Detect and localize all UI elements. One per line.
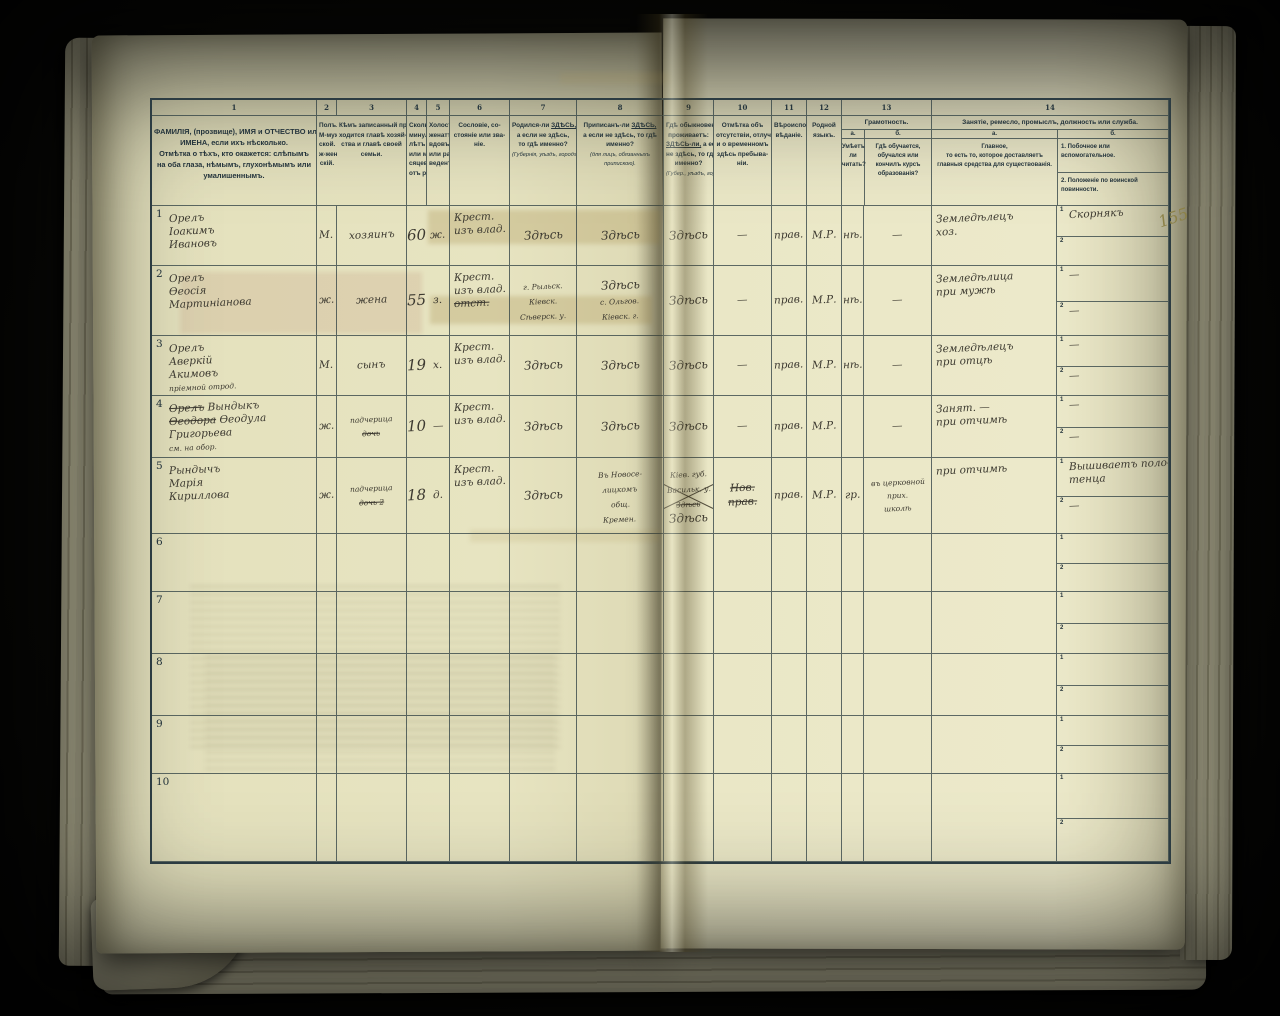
entry-row-10-born [510, 774, 577, 862]
column-header-c2: Полъ.М-муж-ской.ж-жен-скій. [317, 116, 337, 206]
entry-row-5-absence: Нов.прав. [714, 458, 772, 534]
c13-sub-label-a: а. [842, 130, 864, 139]
c13-sub-text-b: Гдѣ обучается,обучался иликончилъ курсъо… [865, 139, 931, 205]
column-number-8: 8 [577, 100, 664, 116]
entry-row-3-marital: х. [427, 336, 450, 396]
entry-row-4-marital: — [427, 396, 450, 458]
entry-row-10-language [807, 774, 842, 862]
printed-sub-number-1: 1 [1060, 459, 1063, 467]
column-number-6: 6 [450, 100, 510, 116]
side-occupation-half-2: 2— [1057, 496, 1168, 534]
entry-row-10-absence [714, 774, 772, 862]
entry-row-5-occupation_main: при отчимѣ [932, 458, 1057, 534]
entry-row-6-estate [450, 534, 510, 592]
column-header-c9: Гдѣ обыкновеннопроживаетъ:ЗДѢСЬ-ли, а ес… [664, 116, 714, 206]
column-number-10: 10 [714, 100, 772, 116]
row-number-8: 8 [156, 656, 163, 669]
entry-row-7-occupation_main [932, 592, 1057, 654]
entry-row-3-registered: Здѣсь [577, 336, 664, 396]
entry-row-4-sex: ж. [317, 396, 337, 458]
column-number-11: 11 [772, 100, 807, 116]
entry-row-7-registered [577, 592, 664, 654]
entry-row-5-resides: Кіев. губ.Васильк. у.ЗдѣсьЗдѣсь [664, 458, 714, 534]
entry-row-2-born: г. Рыльск.Кіевск.Сѣверск. у. [510, 266, 577, 336]
column-number-3: 3 [337, 100, 407, 116]
column-header-c11: Вѣроиспо-вѣданіе. [772, 116, 807, 206]
entry-row-10-name: 10 [152, 774, 317, 862]
entry-row-6-marital [427, 534, 450, 592]
entry-row-7-sex [317, 592, 337, 654]
entry-row-6-sex [317, 534, 337, 592]
entry-row-7-age [407, 592, 427, 654]
entry-row-10-resides [664, 774, 714, 862]
side-occupation-half-2: 2 [1057, 818, 1168, 862]
c14-sub-label-b: б. [1058, 130, 1168, 139]
entry-row-2-religion: прав. [772, 266, 807, 336]
side-occupation-half-2: 2— [1057, 427, 1168, 458]
entry-row-2-occupation-side: 1—2— [1057, 266, 1169, 336]
entry-row-9-relation [337, 716, 407, 774]
printed-sub-number-2: 2 [1060, 303, 1063, 311]
entry-row-10-estate [450, 774, 510, 862]
side-occupation-half-1: 1 [1057, 774, 1168, 818]
entry-row-1-estate: Крест.изъ влад. [450, 206, 510, 266]
entry-row-9-registered [577, 716, 664, 774]
entry-row-2-literacy_school: — [864, 266, 932, 336]
column-header-c14: Занятіе, ремесло, промыслъ, должность ил… [932, 116, 1169, 206]
entry-row-5-name: 5РындычъМаріяКириллова [152, 458, 317, 534]
photo-background: 1234567891011121314ФАМИЛІЯ, (прозвище), … [0, 0, 1280, 1016]
c14-side-item-1: 1. Побочное или вспомогательное. [1058, 139, 1168, 172]
entry-row-7-marital [427, 592, 450, 654]
entry-row-7-resides [664, 592, 714, 654]
entry-row-2-estate: Крест.изъ влад.отст. [450, 266, 510, 336]
entry-row-3-literacy_school: — [864, 336, 932, 396]
entry-row-2-language: М.Р. [807, 266, 842, 336]
entry-row-4-religion: прав. [772, 396, 807, 458]
entry-row-4-resides: Здѣсь [664, 396, 714, 458]
entry-row-4-language: М.Р. [807, 396, 842, 458]
entry-row-7-absence [714, 592, 772, 654]
entry-row-5-sex: ж. [317, 458, 337, 534]
row-number-7: 7 [156, 594, 163, 607]
printed-sub-number-2: 2 [1060, 238, 1063, 246]
entry-row-8-marital [427, 654, 450, 716]
entry-row-3-sex: М. [317, 336, 337, 396]
printed-sub-number-2: 2 [1060, 820, 1063, 828]
entry-row-9-literacy_read [842, 716, 864, 774]
entry-row-6-name: 6 [152, 534, 317, 592]
entry-row-9-occupation-side: 12 [1057, 716, 1169, 774]
entry-row-9-resides [664, 716, 714, 774]
side-occupation-half-2: 2 [1057, 685, 1168, 716]
printed-sub-number-1: 1 [1060, 337, 1063, 345]
c13-sub-text-a: Умѣетъличитать? [842, 139, 864, 205]
entry-row-5-age: 18 [407, 458, 427, 534]
entry-row-3-occupation_main: Земледѣлецъпри отцѣ [932, 336, 1057, 396]
column-number-1: 1 [152, 100, 317, 116]
column-header-c12: Роднойязыкъ. [807, 116, 842, 206]
entry-row-10-age [407, 774, 427, 862]
printed-sub-number-1: 1 [1060, 267, 1063, 275]
entry-row-8-occupation_main [932, 654, 1057, 716]
entry-row-7-estate [450, 592, 510, 654]
entry-row-7-occupation-side: 12 [1057, 592, 1169, 654]
entry-row-10-registered [577, 774, 664, 862]
entry-row-1-absence: — [714, 206, 772, 266]
printed-sub-number-1: 1 [1060, 397, 1063, 405]
entry-row-5-literacy_read: гр. [842, 458, 864, 534]
entry-row-8-absence [714, 654, 772, 716]
side-occupation-half-1: 1 [1057, 716, 1168, 745]
column-number-12: 12 [807, 100, 842, 116]
entry-row-1-occupation_main: Земледѣлецъхоз. [932, 206, 1057, 266]
entry-row-9-language [807, 716, 842, 774]
printed-sub-number-2: 2 [1060, 565, 1063, 573]
printed-sub-number-2: 2 [1060, 498, 1063, 506]
column-header-c7: Родился-ли ЗДѢСЬ,а если не здѣсь,то гдѣ … [510, 116, 577, 206]
entry-row-2-absence: — [714, 266, 772, 336]
printed-sub-number-2: 2 [1060, 687, 1063, 695]
entry-row-5-religion: прав. [772, 458, 807, 534]
printed-sub-number-2: 2 [1060, 747, 1063, 755]
entry-row-3-language: М.Р. [807, 336, 842, 396]
entry-row-4-registered: Здѣсь [577, 396, 664, 458]
entry-row-1-literacy_school: — [864, 206, 932, 266]
entry-row-9-age [407, 716, 427, 774]
column-header-c3: Кѣмъ записанный при-ходится главѣ хозяй-… [337, 116, 407, 206]
printed-sub-number-1: 1 [1060, 655, 1063, 663]
side-occupation-half-1: 1— [1057, 336, 1168, 366]
printed-sub-number-1: 1 [1060, 535, 1063, 543]
column-header-c8: Приписанъ-ли ЗДѢСЬ,а если не здѣсь, то г… [577, 116, 664, 206]
entry-row-6-religion [772, 534, 807, 592]
entry-row-1-resides: Здѣсь [664, 206, 714, 266]
entry-row-8-literacy_read [842, 654, 864, 716]
entry-row-5-literacy_school: въ церковнойприх.школѣ [864, 458, 932, 534]
c13-sub-label-b: б. [865, 130, 931, 139]
column-header-c10: Отмѣтка объотсутствіи, отлучкѣи о времен… [714, 116, 772, 206]
printed-sub-number-2: 2 [1060, 625, 1063, 633]
side-occupation-half-1: 1— [1057, 396, 1168, 427]
entry-row-8-religion [772, 654, 807, 716]
side-occupation-half-1: 1Вышиваетъ поло-тенца [1057, 458, 1168, 496]
entry-row-1-name: 1ОрелъІоакимъИвановъ [152, 206, 317, 266]
entry-row-2-occupation_main: Земледѣлицапри мужѣ [932, 266, 1057, 336]
column-number-7: 7 [510, 100, 577, 116]
row-number-6: 6 [156, 536, 163, 549]
entry-row-1-registered: Здѣсь [577, 206, 664, 266]
column-number-4: 4 [407, 100, 427, 116]
entry-row-7-literacy_school [864, 592, 932, 654]
entry-row-6-resides [664, 534, 714, 592]
entry-row-10-relation [337, 774, 407, 862]
entry-row-9-marital [427, 716, 450, 774]
column-number-5: 5 [427, 100, 450, 116]
c14-sub-text-a: Главное,то есть то, которое доставляетъг… [932, 139, 1057, 205]
entry-row-10-sex [317, 774, 337, 862]
entry-row-4-relation: падчерицадочь [337, 396, 407, 458]
side-occupation-half-2: 2 [1057, 745, 1168, 774]
printed-sub-number-2: 2 [1060, 429, 1063, 437]
entry-row-9-sex [317, 716, 337, 774]
entry-row-5-marital: д. [427, 458, 450, 534]
entry-row-1-marital: ж. [427, 206, 450, 266]
entry-row-6-language [807, 534, 842, 592]
entry-row-2-literacy_read: нѣ. [842, 266, 864, 336]
entry-row-1-literacy_read: нѣ. [842, 206, 864, 266]
entry-row-3-resides: Здѣсь [664, 336, 714, 396]
entry-row-9-literacy_school [864, 716, 932, 774]
entry-row-9-occupation_main [932, 716, 1057, 774]
entry-row-7-born [510, 592, 577, 654]
side-occupation-half-2: 2 [1057, 623, 1168, 654]
printed-sub-number-1: 1 [1060, 593, 1063, 601]
entry-row-1-relation: хозяинъ [337, 206, 407, 266]
entry-row-1-age: 60 [407, 206, 427, 266]
printed-sub-number-2: 2 [1060, 368, 1063, 376]
entry-row-4-estate: Крест.изъ влад. [450, 396, 510, 458]
row-number-4: 4 [156, 398, 163, 411]
column-header-c4: Сколькоминулолѣтъили мѣ-сяцевъотъ роду. [407, 116, 427, 206]
row-number-10: 10 [156, 776, 169, 789]
entry-row-1-language: М.Р. [807, 206, 842, 266]
side-occupation-half-1: 1Скорнякъ [1057, 206, 1168, 236]
row-number-2: 2 [156, 268, 163, 281]
entry-row-3-age: 19 [407, 336, 427, 396]
entry-row-4-age: 10 [407, 396, 427, 458]
row-number-3: 3 [156, 338, 163, 351]
c14-side-item-2: 2. Положеніе по воинской повинности. [1058, 172, 1168, 206]
entry-row-6-literacy_read [842, 534, 864, 592]
entry-row-6-absence [714, 534, 772, 592]
census-table: 1234567891011121314ФАМИЛІЯ, (прозвище), … [150, 98, 1171, 864]
entry-row-8-resides [664, 654, 714, 716]
entry-row-3-relation: сынъ [337, 336, 407, 396]
entry-row-7-literacy_read [842, 592, 864, 654]
entry-row-9-estate [450, 716, 510, 774]
entry-row-8-registered [577, 654, 664, 716]
entry-row-8-sex [317, 654, 337, 716]
column-number-14: 14 [932, 100, 1169, 116]
c14-sub-label-a: а. [932, 130, 1057, 139]
row-number-9: 9 [156, 718, 163, 731]
printed-sub-number-1: 1 [1060, 207, 1063, 215]
entry-row-9-born [510, 716, 577, 774]
entry-row-9-religion [772, 716, 807, 774]
entry-row-3-estate: Крест.изъ влад. [450, 336, 510, 396]
c14-title: Занятіе, ремесло, промыслъ, должность ил… [932, 116, 1168, 130]
entry-row-6-registered [577, 534, 664, 592]
column-number-9: 9 [664, 100, 714, 116]
column-header-c5: Холостъ,женатъ,вдовъили раз-веденъ. [427, 116, 450, 206]
entry-row-6-relation [337, 534, 407, 592]
entry-row-7-language [807, 592, 842, 654]
entry-row-2-name: 2ОрелъѲеосіяМартиніанова [152, 266, 317, 336]
printed-sub-number-1: 1 [1060, 717, 1063, 725]
entry-row-8-age [407, 654, 427, 716]
side-occupation-half-2: 2 [1057, 236, 1168, 266]
entry-row-8-estate [450, 654, 510, 716]
entry-row-1-religion: прав. [772, 206, 807, 266]
entry-row-6-age [407, 534, 427, 592]
entry-row-8-name: 8 [152, 654, 317, 716]
entry-row-4-literacy_school: — [864, 396, 932, 458]
row-number-1: 1 [156, 208, 163, 221]
entry-row-10-occupation-side: 12 [1057, 774, 1169, 862]
entry-row-5-language: М.Р. [807, 458, 842, 534]
entry-row-6-occupation_main [932, 534, 1057, 592]
entry-row-10-occupation_main [932, 774, 1057, 862]
entry-row-1-sex: М. [317, 206, 337, 266]
side-occupation-half-1: 1 [1057, 592, 1168, 623]
entry-row-4-absence: — [714, 396, 772, 458]
side-occupation-half-1: 1 [1057, 534, 1168, 563]
side-occupation-half-2: 2— [1057, 301, 1168, 336]
entry-row-10-religion [772, 774, 807, 862]
side-occupation-half-2: 2— [1057, 366, 1168, 396]
entry-row-5-born: Здѣсь [510, 458, 577, 534]
entry-row-9-absence [714, 716, 772, 774]
entry-row-4-born: Здѣсь [510, 396, 577, 458]
entry-row-3-name: 3ОрелъАверкійАкимовъпріемной отрод. [152, 336, 317, 396]
entry-row-7-relation [337, 592, 407, 654]
printed-sub-number-1: 1 [1060, 775, 1063, 783]
entry-row-10-marital [427, 774, 450, 862]
entry-row-8-born [510, 654, 577, 716]
entry-row-10-literacy_read [842, 774, 864, 862]
column-number-2: 2 [317, 100, 337, 116]
entry-row-8-occupation-side: 12 [1057, 654, 1169, 716]
column-header-c1: ФАМИЛІЯ, (прозвище), ИМЯ и ОТЧЕСТВО илиИ… [152, 116, 317, 206]
entry-row-5-registered: Въ Новосе-лицкомъобщ.Кремен. [577, 458, 664, 534]
entry-row-10-literacy_school [864, 774, 932, 862]
entry-row-4-literacy_read [842, 396, 864, 458]
entry-row-2-marital: з. [427, 266, 450, 336]
entry-row-8-relation [337, 654, 407, 716]
entry-row-5-relation: падчерицадочь 2 [337, 458, 407, 534]
entry-row-4-occupation_main: Занят. —при отчимѣ [932, 396, 1057, 458]
entry-row-2-sex: ж. [317, 266, 337, 336]
entry-row-4-name: 4Орелъ ВындыкъѲеодора ѲеодулаГригорьевас… [152, 396, 317, 458]
page-stack-right-edge [1180, 26, 1236, 960]
entry-row-2-age: 55 [407, 266, 427, 336]
entry-row-7-religion [772, 592, 807, 654]
entry-row-3-occupation-side: 1—2— [1057, 336, 1169, 396]
entry-row-8-language [807, 654, 842, 716]
column-header-c6: Сословіе, со-стояніе или зва-ніе. [450, 116, 510, 206]
side-occupation-half-1: 1— [1057, 266, 1168, 301]
c13-title: Грамотность. [842, 116, 931, 130]
column-number-13: 13 [842, 100, 932, 116]
entry-row-3-born: Здѣсь [510, 336, 577, 396]
entry-row-2-resides: Здѣсь [664, 266, 714, 336]
entry-row-2-registered: Здѣсьс. Ольгов.Кіевск. г. [577, 266, 664, 336]
entry-row-4-occupation-side: 1—2— [1057, 396, 1169, 458]
column-header-c13: Грамотность.а.Умѣетъличитать?б.Гдѣ обуча… [842, 116, 932, 206]
entry-row-2-relation: жена [337, 266, 407, 336]
entry-row-5-occupation-side: 1Вышиваетъ поло-тенца2— [1057, 458, 1169, 534]
entry-row-3-religion: прав. [772, 336, 807, 396]
entry-row-7-name: 7 [152, 592, 317, 654]
side-occupation-half-2: 2 [1057, 563, 1168, 592]
entry-row-6-literacy_school [864, 534, 932, 592]
entry-row-9-name: 9 [152, 716, 317, 774]
entry-row-3-absence: — [714, 336, 772, 396]
side-occupation-half-1: 1 [1057, 654, 1168, 685]
entry-row-1-occupation-side: 1Скорнякъ2 [1057, 206, 1169, 266]
entry-row-8-literacy_school [864, 654, 932, 716]
entry-row-6-occupation-side: 12 [1057, 534, 1169, 592]
entry-row-5-estate: Крест.изъ влад. [450, 458, 510, 534]
row-number-5: 5 [156, 460, 163, 473]
entry-row-1-born: Здѣсь [510, 206, 577, 266]
c14-sub-text-b: 1. Побочное или вспомогательное.2. Полож… [1058, 139, 1168, 205]
entry-row-3-literacy_read: нѣ. [842, 336, 864, 396]
entry-row-6-born [510, 534, 577, 592]
